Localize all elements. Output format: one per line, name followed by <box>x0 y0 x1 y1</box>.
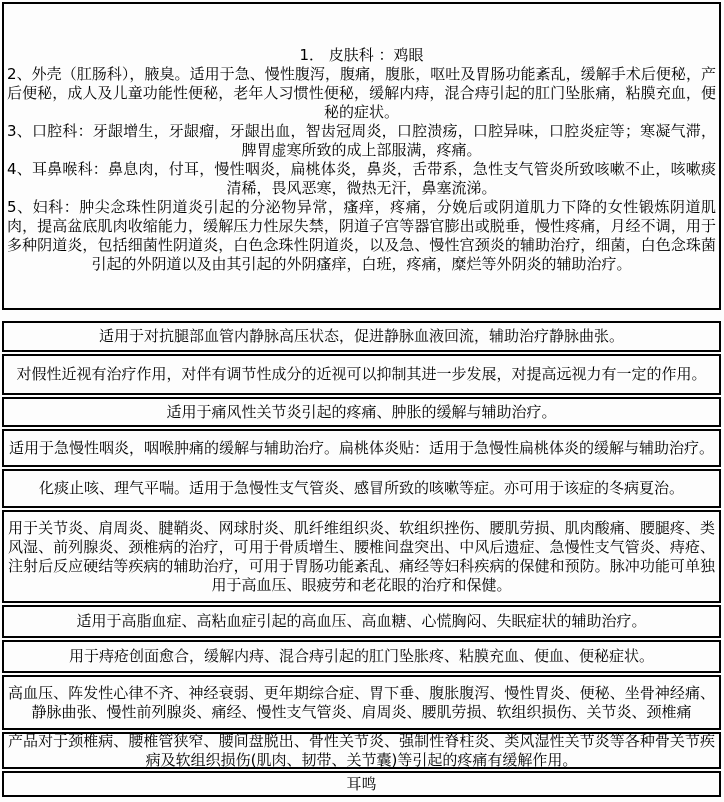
indication-text-spine-joints: 产品对于颈椎病、腰椎管狭窄、腰间盘脱出、骨性关节炎、强制性脊柱炎、类风湿性关节炎… <box>8 732 715 770</box>
department-paragraph-ent: 4、耳鼻喉科：鼻息肉，付耳，慢性咽炎，扁桃体炎，鼻炎，舌带系，急性支气管炎所致咳… <box>7 160 716 198</box>
department-paragraph-proctology: 2、外壳（肛肠科），腋臭。适用于急、慢性腹泻，腹痛，腹胀，呕吐及胃肠功能紊乱，缓… <box>7 65 716 122</box>
indication-row: 适用于对抗腿部血管内静脉高压状态，促进静脉血液回流，辅助治疗静脉曲张。 <box>2 321 721 352</box>
indication-text-myopia: 对假性近视有治疗作用，对伴有调节性成分的近视可以抑制其进一步发展，对提高远视力有… <box>8 365 715 384</box>
indication-text-pharyngitis: 适用于急慢性咽炎，咽喉肿痛的缓解与辅助治疗。扁桃体炎贴：适用于急慢性扁桃体炎的缓… <box>8 439 715 458</box>
indication-text-hypertension-list: 高血压、阵发性心律不齐、神经衰弱、更年期综合症、胃下垂、腹胀腹泻、慢性胃炎、便秘… <box>8 684 715 722</box>
indication-text-cough: 化痰止咳、理气平喘。适用于急慢性支气管炎、感冒所致的咳嗽等症。亦可用于该症的冬病… <box>8 479 715 498</box>
scanned-indications-document: 1． 皮肤科 ：鸡眼 2、外壳（肛肠科），腋臭。适用于急、慢性腹泻，腹痛，腹胀，… <box>0 0 724 802</box>
indication-row: 用于痔疮创面愈合，缓解内痔、混合痔引起的肛门坠胀疼、粘膜充血、便血、便秘症状。 <box>2 640 721 673</box>
numbered-departments-box: 1． 皮肤科 ：鸡眼 2、外壳（肛肠科），腋臭。适用于急、慢性腹泻，腹痛，腹胀，… <box>2 2 721 310</box>
indication-text-veins: 适用于对抗腿部血管内静脉高压状态，促进静脉血液回流，辅助治疗静脉曲张。 <box>8 327 715 346</box>
indication-row: 适用于痛风性关节炎引起的疼痛、肿胀的缓解与辅助治疗。 <box>2 397 721 427</box>
indication-row: 化痰止咳、理气平喘。适用于急慢性支气管炎、感冒所致的咳嗽等症。亦可用于该症的冬病… <box>2 469 721 508</box>
indication-text-tinnitus: 耳鸣 <box>8 775 715 794</box>
indication-text-arthritis-pulse: 用于关节炎、肩周炎、腱鞘炎、网球肘炎、肌纤维组织炎、软组织挫伤、腰肌劳损、肌肉酸… <box>8 519 715 595</box>
indication-text-hemorrhoids: 用于痔疮创面愈合，缓解内痔、混合痔引起的肛门坠胀疼、粘膜充血、便血、便秘症状。 <box>8 647 715 666</box>
indication-row: 适用于高脂血症、高粘血症引起的高血压、高血糖、心慌胸闷、失眠症状的辅助治疗。 <box>2 605 721 638</box>
indication-text-hyperlipidemia: 适用于高脂血症、高粘血症引起的高血压、高血糖、心慌胸闷、失眠症状的辅助治疗。 <box>8 612 715 631</box>
indication-row: 产品对于颈椎病、腰椎管狭窄、腰间盘脱出、骨性关节炎、强制性脊柱炎、类风湿性关节炎… <box>2 732 721 769</box>
department-heading-dermatology: 1． 皮肤科 ：鸡眼 <box>7 46 716 65</box>
indication-row: 高血压、阵发性心律不齐、神经衰弱、更年期综合症、胃下垂、腹胀腹泻、慢性胃炎、便秘… <box>2 675 721 730</box>
indication-row: 耳鸣 <box>2 771 721 797</box>
department-paragraph-gynecology: 5、妇科：肿尖念珠性阴道炎引起的分泌物异常，瘙痒，疼痛，分娩后或阴道肌力下降的女… <box>7 198 716 274</box>
indication-row: 用于关节炎、肩周炎、腱鞘炎、网球肘炎、肌纤维组织炎、软组织挫伤、腰肌劳损、肌肉酸… <box>2 510 721 603</box>
indication-row: 适用于急慢性咽炎，咽喉肿痛的缓解与辅助治疗。扁桃体炎贴：适用于急慢性扁桃体炎的缓… <box>2 429 721 467</box>
indication-text-gout: 适用于痛风性关节炎引起的疼痛、肿胀的缓解与辅助治疗。 <box>8 403 715 422</box>
indication-row: 对假性近视有治疗作用，对伴有调节性成分的近视可以抑制其进一步发展，对提高远视力有… <box>2 354 721 395</box>
department-paragraph-dental: 3、口腔科：牙龈增生，牙龈瘤，牙龈出血，智齿冠周炎，口腔溃疡，口腔异味，口腔炎症… <box>7 122 716 160</box>
